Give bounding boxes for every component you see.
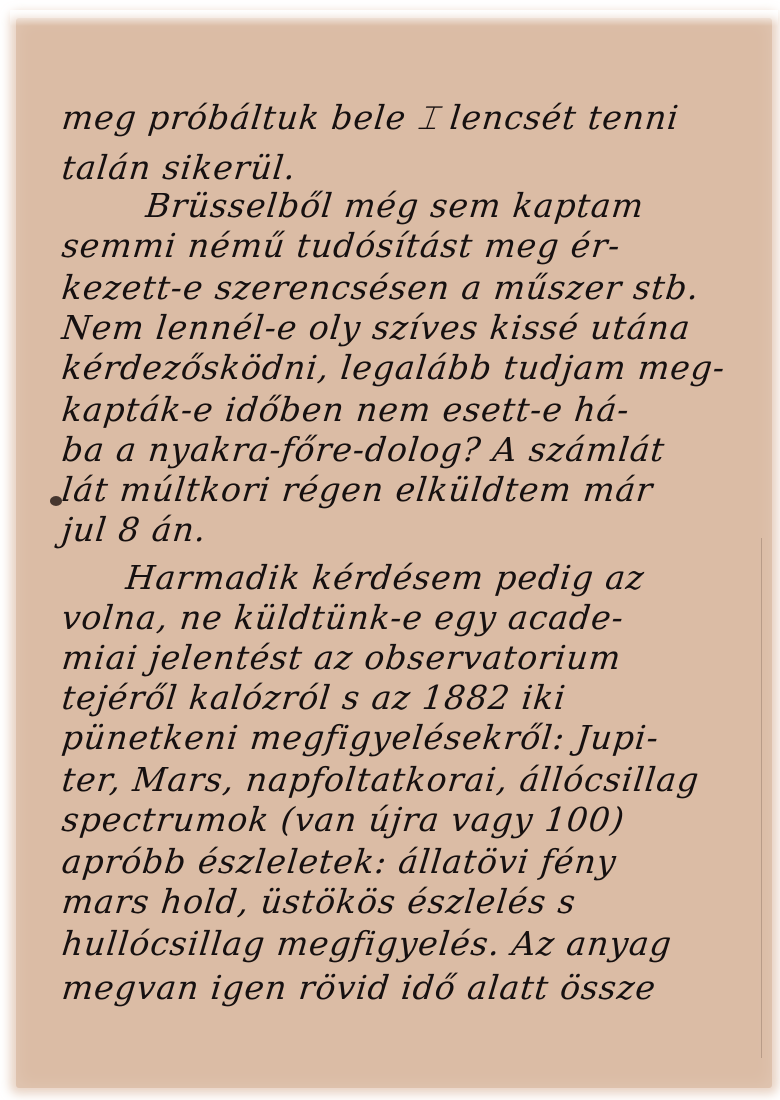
handwritten-line: megvan igen rövid idő alatt össze: [60, 968, 658, 1008]
handwritten-line: hullócsillag megfigyelés. Az anyag: [60, 924, 674, 964]
ink-blot-mark: [50, 496, 62, 506]
handwritten-line: mars hold, üstökös észlelés s: [60, 882, 578, 922]
handwritten-line: pünetkeni megfigyelésekről: Jupi-: [60, 718, 661, 758]
handwritten-page: meg próbáltuk bele ⌶ lencsét tenni talán…: [16, 18, 772, 1088]
handwritten-line: lát múltkori régen elküldtem már: [60, 470, 655, 510]
handwritten-line: Nem lennél-e oly szíves kissé utána: [60, 308, 693, 348]
handwritten-line: Harmadik kérdésem pedig az: [124, 558, 647, 598]
handwritten-line: ba a nyakra-főre-dolog? A számlát: [60, 430, 667, 470]
handwritten-line: kezett-e szerencsésen a műszer stb.: [60, 268, 702, 308]
handwritten-line: volna, ne küldtünk-e egy acade-: [60, 598, 626, 638]
handwritten-line: jul 8 án.: [60, 510, 209, 550]
page-edge-line: [761, 538, 762, 1058]
handwritten-line: kérdezősködni, legalább tudjam meg-: [60, 348, 727, 388]
handwritten-line: kapták-e időben nem esett-e há-: [60, 390, 632, 430]
handwritten-line: ter, Mars, napfoltatkorai, állócsillag: [60, 760, 702, 800]
handwritten-line: miai jelentést az observatorium: [60, 638, 623, 678]
handwritten-line: Brüsselből még sem kaptam: [144, 186, 646, 226]
handwritten-line: talán sikerül.: [60, 148, 298, 188]
handwritten-line: spectrumok (van újra vagy 100): [60, 800, 627, 840]
handwritten-line: semmi némű tudósítást meg ér-: [60, 226, 623, 266]
handwritten-line: meg próbáltuk bele ⌶ lencsét tenni: [60, 98, 681, 138]
handwritten-line: tejéről kalózról s az 1882 iki: [60, 678, 568, 718]
handwritten-line: apróbb észleletek: állatövi fény: [60, 842, 619, 882]
